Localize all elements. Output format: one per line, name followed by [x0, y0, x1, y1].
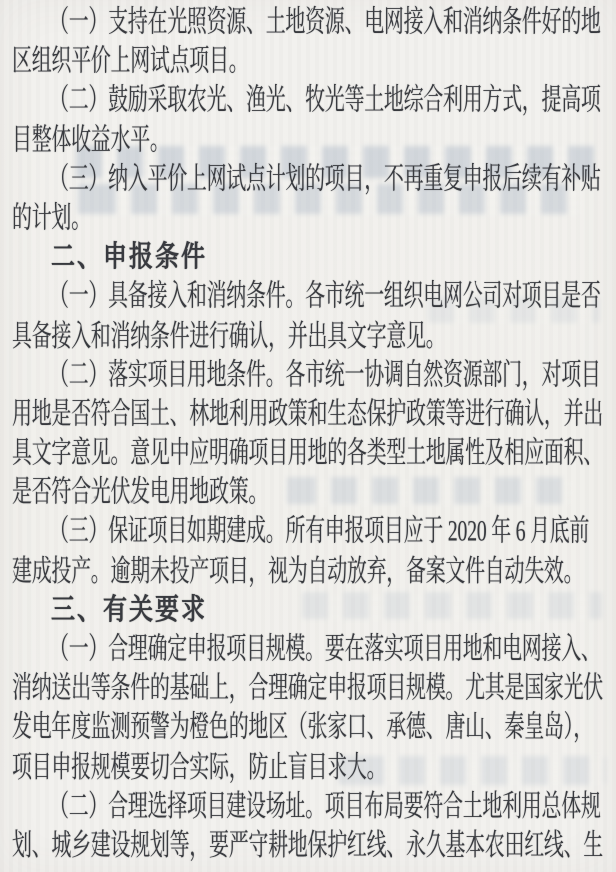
doc-line: （二）合理选择项目建设场址。项目布局要符合土地利用总体规: [12, 787, 604, 826]
doc-line: 用地是否符合国土、林地利用政策和生态保护政策等进行确认，并出: [12, 395, 604, 434]
section-heading: 二、申报条件: [12, 242, 604, 273]
doc-line: 具文字意见。意见中应明确项目用地的各类型土地属性及相应面积、: [12, 434, 604, 473]
doc-line: （一）具备接入和消纳条件。各市统一组织电网公司对项目是否: [12, 277, 604, 316]
document-body: （一）支持在光照资源、土地资源、电网接入和消纳条件好的地 区组织平价上网试点项目…: [0, 0, 616, 872]
doc-line: （三）保证项目如期建成。所有申报项目应于 2020 年 6 月底前: [12, 513, 604, 552]
doc-line: 是否符合光伏发电用地政策。: [12, 473, 604, 512]
doc-line: （二）鼓励采取农光、渔光、牧光等土地综合利用方式，提高项: [12, 81, 604, 120]
section-heading: 三、有关要求: [12, 595, 604, 626]
doc-line: 的计划。: [12, 199, 604, 238]
doc-line: （三）纳入平价上网试点计划的项目，不再重复申报后续有补贴: [12, 160, 604, 199]
doc-line: 建成投产。逾期未投产项目，视为自动放弃，备案文件自动失效。: [12, 552, 604, 591]
doc-line: 目整体收益水平。: [12, 121, 604, 160]
doc-line: 项目申报规模要切合实际，防止盲目求大。: [12, 748, 604, 787]
scanned-document-page: （一）支持在光照资源、土地资源、电网接入和消纳条件好的地 区组织平价上网试点项目…: [0, 0, 616, 872]
doc-line: 消纳送出等条件的基础上，合理确定申报项目规模。尤其是国家光伏: [12, 669, 604, 708]
doc-line: （一）支持在光照资源、土地资源、电网接入和消纳条件好的地: [12, 3, 604, 42]
doc-line: 区组织平价上网试点项目。: [12, 42, 604, 81]
doc-line: 发电年度监测预警为橙色的地区（张家口、承德、唐山、秦皇岛），: [12, 709, 604, 748]
doc-line: 划、城乡建设规划等，要严守耕地保护红线、永久基本农田红线、生: [12, 826, 604, 865]
doc-line: 具备接入和消纳条件进行确认，并出具文字意见。: [12, 317, 604, 356]
doc-line: （二）落实项目用地条件。各市统一协调自然资源部门，对项目: [12, 356, 604, 395]
doc-line: （一）合理确定申报项目规模。要在落实项目用地和电网接入、: [12, 630, 604, 669]
